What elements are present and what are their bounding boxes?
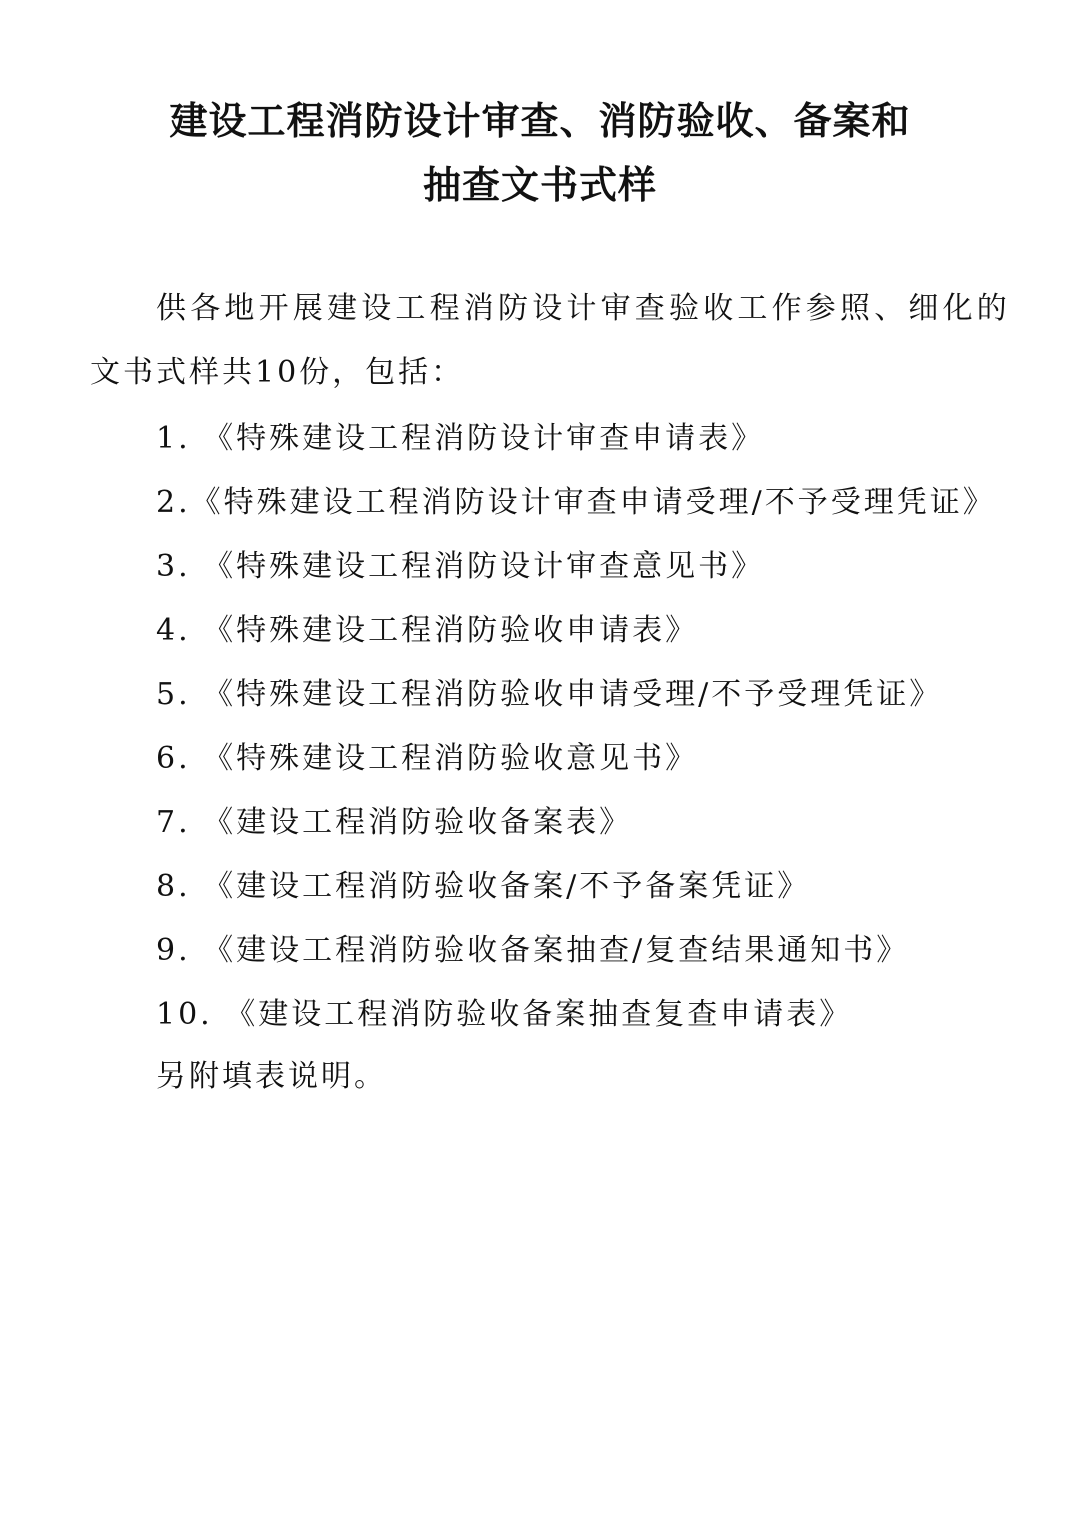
list-item-9: 9. 《建设工程消防验收备案抽查/复查结果通知书》 <box>156 936 909 966</box>
intro-paragraph-line-1: 供各地开展建设工程消防设计审查验收工作参照、细化的 <box>156 294 1011 324</box>
list-item-5: 5. 《特殊建设工程消防验收申请受理/不予受理凭证》 <box>156 680 942 710</box>
intro-paragraph-line-2: 文书式样共10份，包括： <box>90 358 464 388</box>
list-item-1: 1. 《特殊建设工程消防设计审查申请表》 <box>156 424 764 454</box>
list-item-10: 10. 《建设工程消防验收备案抽查复查申请表》 <box>156 1000 852 1030</box>
list-item-6: 6. 《特殊建设工程消防验收意见书》 <box>156 744 698 774</box>
document-title-line-2: 抽查文书式样 <box>0 166 1080 204</box>
closing-note: 另附填表说明。 <box>156 1062 387 1092</box>
document-title-line-1: 建设工程消防设计审查、消防验收、备案和 <box>0 102 1080 140</box>
list-item-4: 4. 《特殊建设工程消防验收申请表》 <box>156 616 698 646</box>
list-item-2: 2.《特殊建设工程消防设计审查申请受理/不予受理凭证》 <box>156 488 996 518</box>
list-item-7: 7. 《建设工程消防验收备案表》 <box>156 808 632 838</box>
list-item-8: 8. 《建设工程消防验收备案/不予备案凭证》 <box>156 872 810 902</box>
list-item-3: 3. 《特殊建设工程消防设计审查意见书》 <box>156 552 764 582</box>
